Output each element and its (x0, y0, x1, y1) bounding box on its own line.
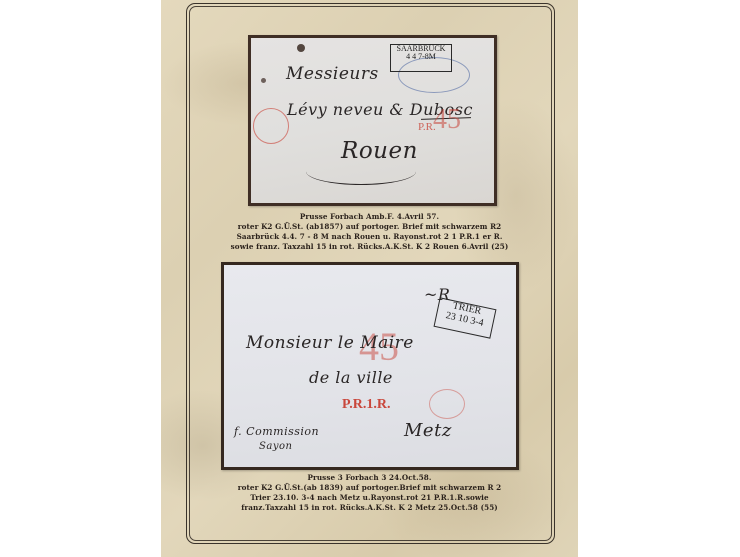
sender-note-line-1: f. Commission (234, 425, 319, 438)
red-transit-circle-cancel (253, 108, 289, 144)
cover-2-letter: ~R TRIER 23 10 3-4 45 Monsieur le Maire … (221, 262, 519, 470)
caption-line: Trier 23.10. 3-4 nach Metz u.Rayonst.rot… (191, 493, 548, 503)
trier-box-cancel: TRIER 23 10 3-4 (434, 297, 497, 338)
sender-note-line-2: Sayon (259, 441, 292, 452)
caption-line: roter K2 G.Ü.St. (ab1857) auf portoger. … (191, 222, 548, 232)
cover-1-caption: Prusse Forbach Amb.F. 4.Avril 57. roter … (191, 212, 548, 252)
address-line-3: Metz (404, 420, 452, 441)
address-line-1: Monsieur le Maire (246, 333, 414, 353)
cover-2-caption: Prusse 3 Forbach 3 24.Oct.58. roter K2 G… (191, 473, 548, 513)
red-pr1r-mark: P.R.1.R. (342, 397, 391, 413)
address-line-1: Messieurs (286, 64, 379, 84)
caption-line: roter K2 G.Ü.St.(ab 1839) auf portoger.B… (191, 483, 548, 493)
punch-hole (297, 44, 305, 52)
red-circle-cancel (429, 389, 465, 419)
punch-hole (261, 78, 266, 83)
album-page: SAARBRÜCK 4 4 7-8M Messieurs Lévy neveu … (161, 0, 578, 557)
caption-line: franz.Taxzahl 15 in rot. Rücks.A.K.St. K… (191, 503, 548, 513)
address-line-2: de la ville (309, 368, 393, 387)
saarbruck-box-cancel: SAARBRÜCK 4 4 7-8M (390, 44, 452, 72)
cover-1-letter: SAARBRÜCK 4 4 7-8M Messieurs Lévy neveu … (248, 35, 497, 206)
cancel-line-2: 4 4 7-8M (391, 53, 451, 61)
caption-line: Prusse 3 Forbach 3 24.Oct.58. (191, 473, 548, 483)
underline-flourish (306, 158, 416, 185)
red-tax-number: 45 (433, 104, 461, 136)
caption-line: Prusse Forbach Amb.F. 4.Avril 57. (191, 212, 548, 222)
caption-line: Saarbrück 4.4. 7 - 8 M nach Rouen u. Ray… (191, 232, 548, 242)
caption-line: sowie franz. Taxzahl 15 in rot. Rücks.A.… (191, 242, 548, 252)
